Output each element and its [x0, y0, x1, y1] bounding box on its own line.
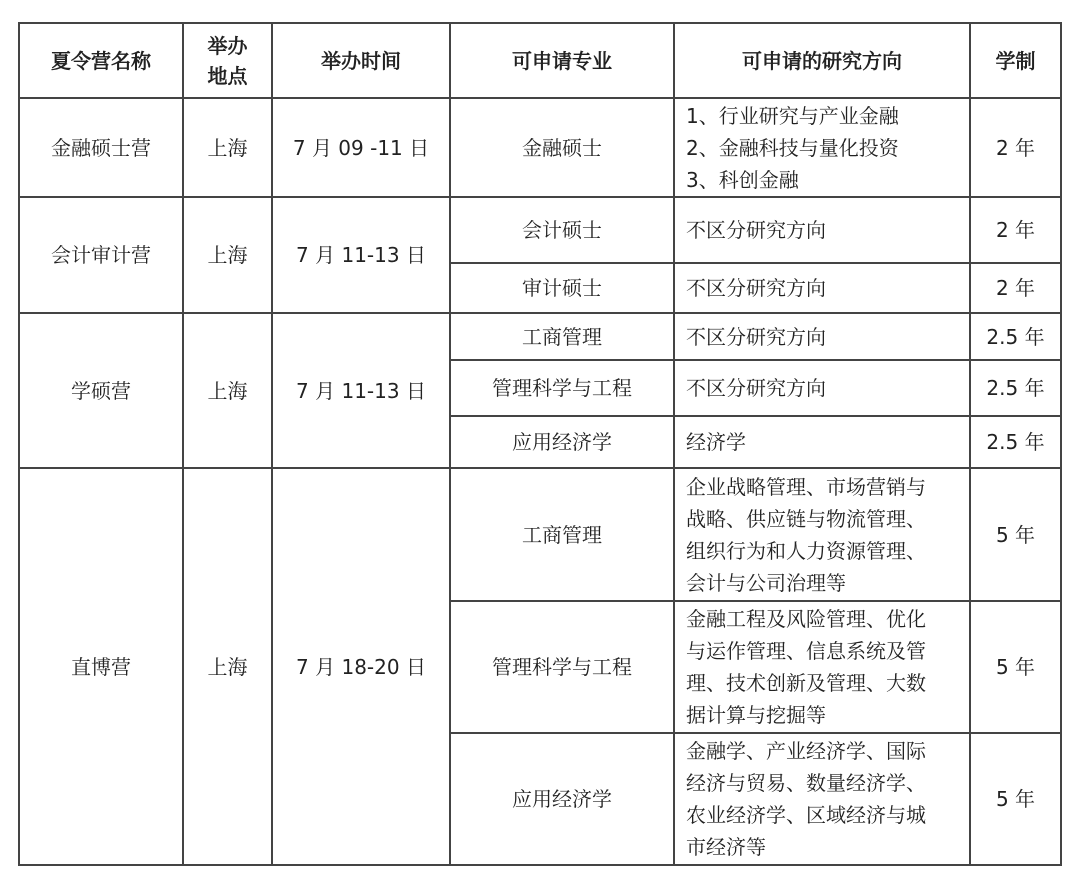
camp-location: 上海 [183, 468, 272, 865]
direction-line: 企业战略管理、市场营销与 [686, 471, 963, 503]
major: 审计硕士 [450, 263, 674, 313]
direction-line: 组织行为和人力资源管理、 [686, 535, 963, 567]
major: 工商管理 [450, 313, 674, 360]
camp-time: 7 月 18-20 日 [272, 468, 450, 865]
direction-line: 2、金融科技与量化投资 [686, 132, 963, 164]
duration: 2 年 [970, 197, 1061, 263]
direction-line: 1、行业研究与产业金融 [686, 100, 963, 132]
major: 管理科学与工程 [450, 601, 674, 733]
camp-time: 7 月 09 -11 日 [272, 98, 450, 197]
header-row: 夏令营名称 举办 地点 举办时间 可申请专业 可申请的研究方向 学制 [19, 23, 1061, 98]
directions: 不区分研究方向 [674, 313, 970, 360]
table-row: 直博营 上海 7 月 18-20 日 工商管理 企业战略管理、市场营销与 战略、… [19, 468, 1061, 601]
camp-location: 上海 [183, 313, 272, 468]
header-major: 可申请专业 [450, 23, 674, 98]
duration: 5 年 [970, 733, 1061, 865]
camp-name: 金融硕士营 [19, 98, 183, 197]
header-duration: 学制 [970, 23, 1061, 98]
major: 会计硕士 [450, 197, 674, 263]
directions: 企业战略管理、市场营销与 战略、供应链与物流管理、 组织行为和人力资源管理、 会… [674, 468, 970, 601]
header-camp-name: 夏令营名称 [19, 23, 183, 98]
direction-line: 3、科创金融 [686, 164, 963, 196]
duration: 2 年 [970, 263, 1061, 313]
major: 管理科学与工程 [450, 360, 674, 416]
directions: 经济学 [674, 416, 970, 468]
directions: 金融学、产业经济学、国际 经济与贸易、数量经济学、 农业经济学、区域经济与城 市… [674, 733, 970, 865]
camp-location: 上海 [183, 197, 272, 313]
major: 工商管理 [450, 468, 674, 601]
camp-name: 会计审计营 [19, 197, 183, 313]
camp-name: 学硕营 [19, 313, 183, 468]
directions: 不区分研究方向 [674, 197, 970, 263]
table-row: 学硕营 上海 7 月 11-13 日 工商管理 不区分研究方向 2.5 年 [19, 313, 1061, 360]
direction-line: 经济与贸易、数量经济学、 [686, 767, 963, 799]
camp-time: 7 月 11-13 日 [272, 197, 450, 313]
directions: 不区分研究方向 [674, 360, 970, 416]
direction-line: 与运作管理、信息系统及管 [686, 635, 963, 667]
direction-line: 据计算与挖掘等 [686, 699, 963, 731]
direction-line: 金融学、产业经济学、国际 [686, 735, 963, 767]
directions: 不区分研究方向 [674, 263, 970, 313]
duration: 2.5 年 [970, 313, 1061, 360]
table-row: 金融硕士营 上海 7 月 09 -11 日 金融硕士 1、行业研究与产业金融 2… [19, 98, 1061, 197]
duration: 5 年 [970, 468, 1061, 601]
summer-camp-table: 夏令营名称 举办 地点 举办时间 可申请专业 可申请的研究方向 学制 金融硕士营… [18, 22, 1062, 866]
directions: 1、行业研究与产业金融 2、金融科技与量化投资 3、科创金融 [674, 98, 970, 197]
header-location: 举办 地点 [183, 23, 272, 98]
header-time: 举办时间 [272, 23, 450, 98]
duration: 2.5 年 [970, 360, 1061, 416]
camp-location: 上海 [183, 98, 272, 197]
camp-time: 7 月 11-13 日 [272, 313, 450, 468]
direction-line: 会计与公司治理等 [686, 567, 963, 599]
header-location-line2: 地点 [184, 61, 271, 91]
table-row: 会计审计营 上海 7 月 11-13 日 会计硕士 不区分研究方向 2 年 [19, 197, 1061, 263]
duration: 2 年 [970, 98, 1061, 197]
direction-line: 农业经济学、区域经济与城 [686, 799, 963, 831]
direction-line: 战略、供应链与物流管理、 [686, 503, 963, 535]
major: 应用经济学 [450, 733, 674, 865]
duration: 2.5 年 [970, 416, 1061, 468]
duration: 5 年 [970, 601, 1061, 733]
direction-line: 市经济等 [686, 831, 963, 863]
camp-name: 直博营 [19, 468, 183, 865]
header-location-line1: 举办 [184, 31, 271, 61]
direction-line: 金融工程及风险管理、优化 [686, 603, 963, 635]
directions: 金融工程及风险管理、优化 与运作管理、信息系统及管 理、技术创新及管理、大数 据… [674, 601, 970, 733]
direction-line: 理、技术创新及管理、大数 [686, 667, 963, 699]
header-direction: 可申请的研究方向 [674, 23, 970, 98]
major: 应用经济学 [450, 416, 674, 468]
major: 金融硕士 [450, 98, 674, 197]
